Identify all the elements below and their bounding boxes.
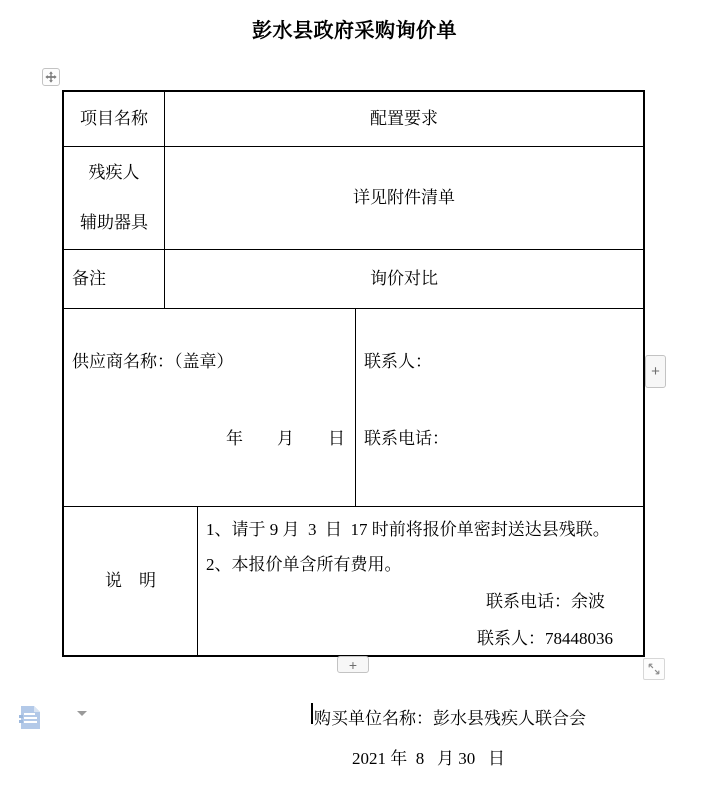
cell-contact[interactable]: 联系人： 联系电话： [356, 309, 643, 506]
plus-icon: + [651, 363, 660, 380]
document-date-line: 2021 年 8 月 30 日 [352, 744, 505, 769]
note-line-1: 1、请于 9 月 3 日 17 时前将报价单密封送达县残联。 [206, 519, 610, 541]
note-contact-phone: 联系电话：余波 [486, 591, 605, 613]
table-row: 说 明 1、请于 9 月 3 日 17 时前将报价单密封送达县残联。 2、本报价… [64, 507, 643, 655]
table-row: 项目名称 配置要求 [64, 92, 643, 147]
cell-project-name-label[interactable]: 项目名称 [64, 92, 165, 146]
insert-row-button[interactable]: + [337, 656, 369, 673]
move-icon [45, 71, 57, 83]
cell-supplier[interactable]: 供应商名称：（盖章） 年 月 日 [64, 309, 356, 506]
item-label-line2: 辅助器具 [80, 212, 148, 234]
plus-icon: + [349, 657, 357, 673]
supplier-name-label: 供应商名称：（盖章） [72, 351, 234, 373]
item-label-line1: 残疾人 [89, 162, 140, 184]
project-name-value: 配置要求 [370, 108, 438, 130]
cell-item-label[interactable]: 残疾人 辅助器具 [64, 147, 165, 249]
cell-project-name-value[interactable]: 配置要求 [165, 92, 643, 146]
cell-notes-content[interactable]: 1、请于 9 月 3 日 17 时前将报价单密封送达县残联。 2、本报价单含所有… [198, 507, 643, 655]
project-name-label: 项目名称 [80, 108, 148, 130]
contact-person-label: 联系人： [364, 351, 432, 373]
paste-options-dropdown-icon[interactable] [77, 711, 87, 716]
item-value: 详见附件清单 [353, 187, 455, 209]
insert-column-button[interactable]: + [645, 355, 666, 388]
text-cursor-caret [311, 703, 313, 724]
note-line-2: 2、本报价单含所有费用。 [206, 554, 402, 576]
table-row: 备注 询价对比 [64, 250, 643, 309]
cell-notes-label[interactable]: 说 明 [64, 507, 198, 655]
procurement-form-table: 项目名称 配置要求 残疾人 辅助器具 详见附件清单 备注 询价对比 供应商名称：… [62, 90, 645, 657]
cell-item-value[interactable]: 详见附件清单 [165, 147, 643, 249]
remark-label: 备注 [72, 268, 106, 290]
resize-diagonal-icon [647, 662, 661, 676]
note-contact-person: 联系人：78448036 [477, 628, 613, 650]
cell-remark-label[interactable]: 备注 [64, 250, 165, 308]
cell-remark-value[interactable]: 询价对比 [165, 250, 643, 308]
table-resize-handle[interactable] [643, 658, 665, 680]
page-title: 彭水县政府采购询价单 [0, 14, 709, 43]
remark-value: 询价对比 [370, 268, 438, 290]
table-move-handle[interactable] [42, 68, 60, 86]
table-row: 残疾人 辅助器具 详见附件清单 [64, 147, 643, 250]
notes-label: 说 明 [105, 570, 156, 592]
date-blank-line: 年 月 日 [226, 428, 345, 450]
paste-options-icon [17, 704, 44, 731]
contact-phone-label: 联系电话： [364, 428, 449, 450]
table-row: 供应商名称：（盖章） 年 月 日 联系人： 联系电话： [64, 309, 643, 507]
buyer-unit-line: 购买单位名称：彭水县残疾人联合会 [314, 704, 586, 729]
paste-options-button[interactable] [17, 704, 44, 731]
